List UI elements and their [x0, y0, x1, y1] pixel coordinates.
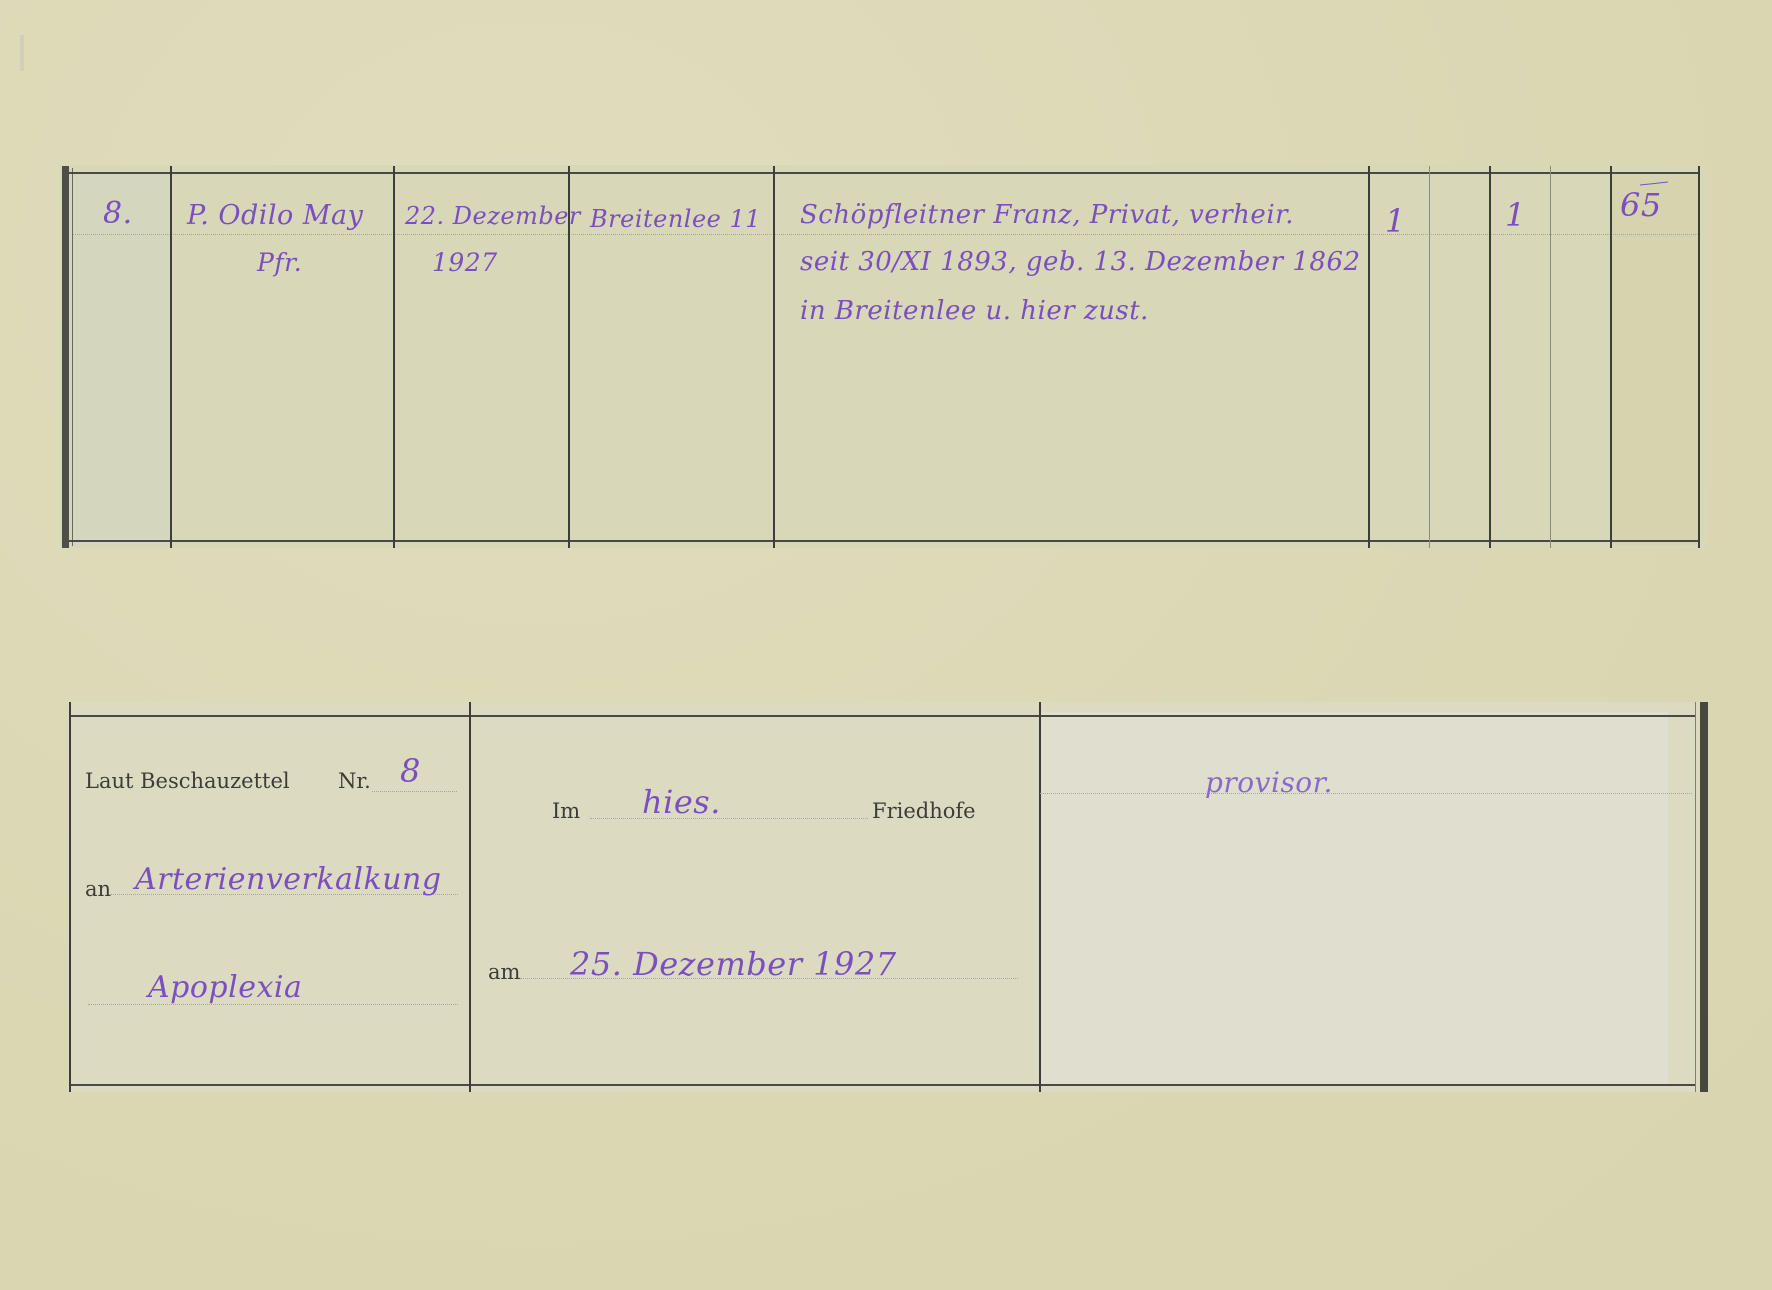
- remarks-line-3: in Breitenlee u. hier zust.: [800, 296, 1149, 326]
- bottom-rule: [70, 1084, 1695, 1086]
- rule-line: [1695, 702, 1696, 1092]
- top-rule: [69, 172, 1700, 174]
- column-divider: [393, 166, 395, 548]
- burial-note: provisor.: [1205, 766, 1333, 799]
- beschauzettel-number: 8: [400, 752, 421, 790]
- column-divider-left-edge: [69, 702, 71, 1092]
- column-divider: [773, 166, 775, 548]
- label-laut-beschauzettel: Laut Beschauzettel: [85, 769, 290, 793]
- death-date-day-month: 22. Dezember: [405, 202, 581, 230]
- remarks-line-2: seit 30/XI 1893, geb. 13. Dezember 1862: [800, 247, 1361, 277]
- count-column-a: 1: [1385, 202, 1406, 240]
- dotted-guide-line: [372, 791, 457, 792]
- cause-of-death-line-2: Apoplexia: [148, 970, 302, 1005]
- label-am: am: [488, 960, 520, 984]
- column-divider: [1039, 702, 1041, 1092]
- dotted-guide-line: [1040, 793, 1692, 794]
- column-subdivider: [1429, 166, 1430, 548]
- entry-number: 8.: [103, 196, 133, 231]
- column-divider: [469, 702, 471, 1092]
- cemetery-name: hies.: [642, 783, 721, 821]
- column-subdivider: [1550, 166, 1551, 548]
- column-divider-right-edge: [1698, 166, 1700, 548]
- remarks-line-1: Schöpfleitner Franz, Privat, verheir.: [800, 200, 1294, 230]
- cause-of-death-line-1: Arterienverkalkung: [135, 862, 442, 897]
- burial-record-table: [68, 702, 1708, 1092]
- label-friedhofe: Friedhofe: [872, 799, 976, 823]
- label-im: Im: [552, 799, 580, 823]
- scan-artifact: [20, 35, 24, 71]
- age-at-death: 65: [1620, 186, 1662, 224]
- column-divider: [1489, 166, 1491, 548]
- binding-edge-left: [62, 166, 69, 548]
- count-column-b: 1: [1505, 196, 1526, 234]
- dotted-guide-line: [73, 234, 1698, 235]
- burial-date: 25. Dezember 1927: [570, 945, 897, 983]
- binding-edge-right: [1700, 702, 1708, 1092]
- top-rule: [70, 715, 1695, 717]
- death-date-year: 1927: [432, 248, 498, 277]
- column-divider: [170, 166, 172, 548]
- dotted-guide-line: [590, 818, 868, 819]
- deceased-title: Pfr.: [257, 248, 302, 277]
- bottom-rule: [69, 540, 1700, 542]
- column-divider: [1368, 166, 1370, 548]
- deceased-name: P. Odilo May: [187, 200, 363, 231]
- column-divider: [1610, 166, 1612, 548]
- rule-line: [72, 168, 73, 546]
- label-nr: Nr.: [338, 769, 371, 793]
- residence: Breitenlee 11: [590, 205, 761, 233]
- label-an: an: [85, 877, 111, 901]
